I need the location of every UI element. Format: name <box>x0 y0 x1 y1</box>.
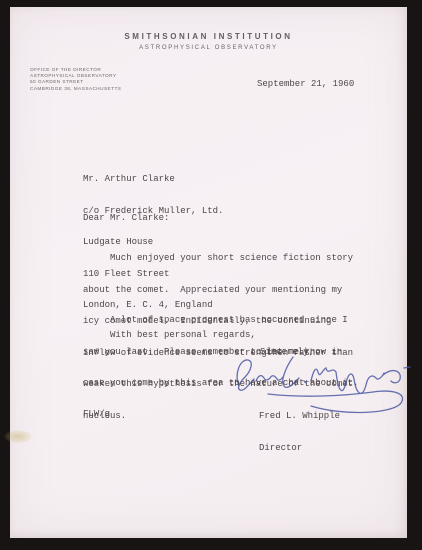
typist-initials: FLW/g <box>83 409 110 420</box>
letter-date: September 21, 1960 <box>257 79 354 90</box>
office-address-block: OFFICE OF THE DIRECTOR ASTROPHYSICAL OBS… <box>30 67 121 92</box>
typed-title: Director <box>259 443 340 454</box>
letterhead-title: SMITHSONIAN INSTITUTION <box>10 32 407 41</box>
recipient-line: Mr. Arthur Clarke <box>83 174 223 185</box>
letterhead-subtitle: ASTROPHYSICAL OBSERVATORY <box>10 45 407 51</box>
typed-signature-block: Fred L. Whipple Director <box>259 390 340 474</box>
office-address-line: CAMBRIDGE 38, MASSACHUSETTS <box>30 86 121 92</box>
salutation: Dear Mr. Clarke: <box>83 213 169 224</box>
paper-stain <box>4 430 32 443</box>
typed-name: Fred L. Whipple <box>259 411 340 422</box>
letter-page: SMITHSONIAN INSTITUTION ASTROPHYSICAL OB… <box>10 7 407 538</box>
closing-line: With best personal regards, <box>83 330 256 341</box>
body-line: A lot of space progress has occurred sin… <box>83 315 358 326</box>
scan-background: { "letterhead": { "institution": "SMITHS… <box>0 0 422 550</box>
body-line: Much enjoyed your short science fiction … <box>83 253 353 264</box>
